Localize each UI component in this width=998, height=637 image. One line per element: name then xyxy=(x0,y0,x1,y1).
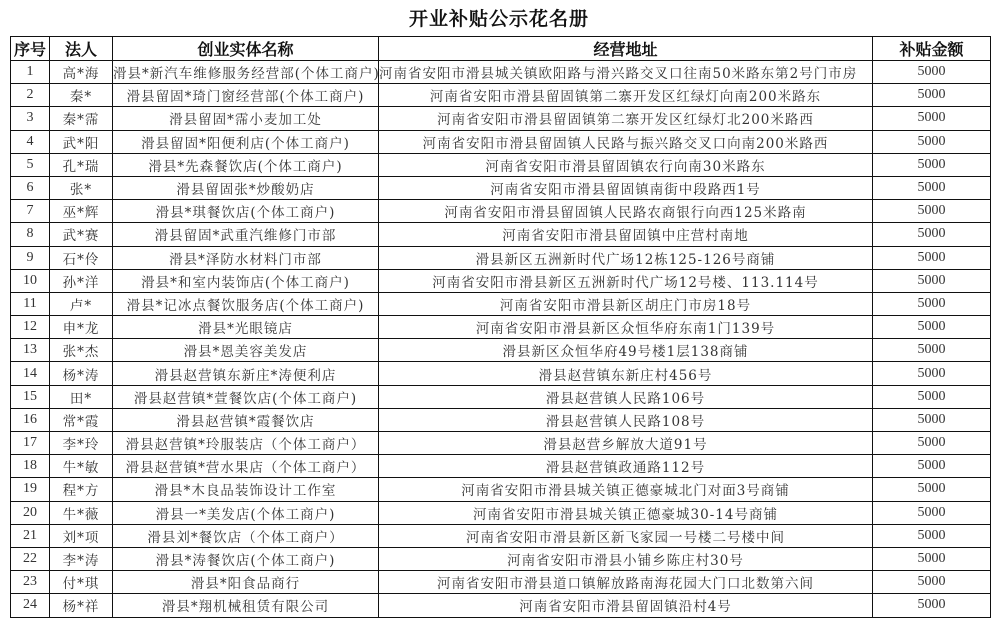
cell-index: 13 xyxy=(11,339,50,362)
table-row: 17李*玲滑县赵营镇*玲服装店（个体工商户）滑县赵营乡解放大道91号5000 xyxy=(11,432,991,455)
header-legal-person: 法人 xyxy=(50,37,113,61)
cell-legal-person: 石*伶 xyxy=(50,246,113,269)
cell-legal-person: 牛*薇 xyxy=(50,501,113,524)
cell-index: 16 xyxy=(11,408,50,431)
cell-address: 河南省安阳市滑县留固镇中庄营村南地 xyxy=(379,223,873,246)
cell-entity-name: 滑县*记冰点餐饮服务店(个体工商户) xyxy=(113,292,379,315)
cell-index: 18 xyxy=(11,455,50,478)
cell-address: 河南省安阳市滑县道口镇解放路南海花园大门口北数第六间 xyxy=(379,571,873,594)
cell-amount: 5000 xyxy=(873,455,991,478)
cell-legal-person: 杨*祥 xyxy=(50,594,113,617)
cell-index: 3 xyxy=(11,107,50,130)
cell-legal-person: 申*龙 xyxy=(50,316,113,339)
table-row: 8武*赛滑县留固*武重汽维修门市部河南省安阳市滑县留固镇中庄营村南地5000 xyxy=(11,223,991,246)
cell-amount: 5000 xyxy=(873,61,991,84)
cell-entity-name: 滑县*新汽车维修服务经营部(个体工商户) xyxy=(113,61,379,84)
cell-index: 4 xyxy=(11,130,50,153)
cell-entity-name: 滑县*先森餐饮店(个体工商户) xyxy=(113,153,379,176)
cell-entity-name: 滑县留固*琦门窗经营部(个体工商户) xyxy=(113,84,379,107)
cell-amount: 5000 xyxy=(873,524,991,547)
cell-address: 河南省安阳市滑县留固镇人民路与振兴路交叉口向南200米路西 xyxy=(379,130,873,153)
cell-legal-person: 巫*辉 xyxy=(50,200,113,223)
cell-legal-person: 孔*瑞 xyxy=(50,153,113,176)
table-row: 22李*涛滑县*涛餐饮店(个体工商户)河南省安阳市滑县小铺乡陈庄村30号5000 xyxy=(11,547,991,570)
cell-amount: 5000 xyxy=(873,107,991,130)
cell-amount: 5000 xyxy=(873,362,991,385)
cell-index: 6 xyxy=(11,176,50,199)
cell-amount: 5000 xyxy=(873,501,991,524)
table-row: 5孔*瑞滑县*先森餐饮店(个体工商户)河南省安阳市滑县留固镇农行向南30米路东5… xyxy=(11,153,991,176)
cell-entity-name: 滑县*木良品装饰设计工作室 xyxy=(113,478,379,501)
cell-legal-person: 张* xyxy=(50,176,113,199)
table-row: 3秦*霈滑县留固*霈小麦加工处河南省安阳市滑县留固镇第二寨开发区红绿灯北200米… xyxy=(11,107,991,130)
cell-address: 河南省安阳市滑县新区五洲新时代广场12号楼、113.114号 xyxy=(379,269,873,292)
table-row: 14杨*涛滑县赵营镇东新庄*涛便利店滑县赵营镇东新庄村456号5000 xyxy=(11,362,991,385)
table-body: 1高*海滑县*新汽车维修服务经营部(个体工商户)河南省安阳市滑县城关镇欧阳路与滑… xyxy=(11,61,991,618)
table-row: 1高*海滑县*新汽车维修服务经营部(个体工商户)河南省安阳市滑县城关镇欧阳路与滑… xyxy=(11,61,991,84)
header-index: 序号 xyxy=(11,37,50,61)
cell-amount: 5000 xyxy=(873,432,991,455)
cell-address: 河南省安阳市滑县城关镇正德豪城30-14号商铺 xyxy=(379,501,873,524)
cell-amount: 5000 xyxy=(873,339,991,362)
cell-index: 19 xyxy=(11,478,50,501)
cell-entity-name: 滑县留固*武重汽维修门市部 xyxy=(113,223,379,246)
table-row: 21刘*项滑县刘*餐饮店（个体工商户）河南省安阳市滑县新区新飞家园一号楼二号楼中… xyxy=(11,524,991,547)
table-row: 23付*琪滑县*阳食品商行河南省安阳市滑县道口镇解放路南海花园大门口北数第六间5… xyxy=(11,571,991,594)
header-entity-name: 创业实体名称 xyxy=(113,37,379,61)
table-row: 9石*伶滑县*泽防水材料门市部滑县新区五洲新时代广场12栋125-126号商铺5… xyxy=(11,246,991,269)
cell-address: 滑县赵营乡解放大道91号 xyxy=(379,432,873,455)
cell-amount: 5000 xyxy=(873,269,991,292)
cell-address: 河南省安阳市滑县新区众恒华府东南1门139号 xyxy=(379,316,873,339)
cell-address: 滑县赵营镇政通路112号 xyxy=(379,455,873,478)
table-row: 18牛*敏滑县赵营镇*营水果店（个体工商户）滑县赵营镇政通路112号5000 xyxy=(11,455,991,478)
cell-legal-person: 卢* xyxy=(50,292,113,315)
cell-amount: 5000 xyxy=(873,84,991,107)
cell-entity-name: 滑县留固*霈小麦加工处 xyxy=(113,107,379,130)
cell-amount: 5000 xyxy=(873,153,991,176)
cell-index: 5 xyxy=(11,153,50,176)
cell-index: 2 xyxy=(11,84,50,107)
table-row: 11卢*滑县*记冰点餐饮服务店(个体工商户)河南省安阳市滑县新区胡庄门市房18号… xyxy=(11,292,991,315)
cell-entity-name: 滑县赵营镇*玲服装店（个体工商户） xyxy=(113,432,379,455)
table-row: 12申*龙滑县*光眼镜店河南省安阳市滑县新区众恒华府东南1门139号5000 xyxy=(11,316,991,339)
cell-address: 河南省安阳市滑县留固镇第二寨开发区红绿灯北200米路西 xyxy=(379,107,873,130)
cell-entity-name: 滑县留固张*炒酸奶店 xyxy=(113,176,379,199)
cell-legal-person: 付*琪 xyxy=(50,571,113,594)
cell-legal-person: 秦*霈 xyxy=(50,107,113,130)
cell-amount: 5000 xyxy=(873,176,991,199)
cell-address: 河南省安阳市滑县城关镇正德豪城北门对面3号商铺 xyxy=(379,478,873,501)
cell-address: 河南省安阳市滑县新区胡庄门市房18号 xyxy=(379,292,873,315)
cell-address: 河南省安阳市滑县新区新飞家园一号楼二号楼中间 xyxy=(379,524,873,547)
cell-index: 10 xyxy=(11,269,50,292)
table-row: 10孙*洋滑县*和室内装饰店(个体工商户)河南省安阳市滑县新区五洲新时代广场12… xyxy=(11,269,991,292)
cell-legal-person: 常*霞 xyxy=(50,408,113,431)
cell-address: 滑县赵营镇人民路106号 xyxy=(379,385,873,408)
cell-entity-name: 滑县赵营镇*营水果店（个体工商户） xyxy=(113,455,379,478)
cell-entity-name: 滑县赵营镇东新庄*涛便利店 xyxy=(113,362,379,385)
cell-amount: 5000 xyxy=(873,292,991,315)
cell-index: 7 xyxy=(11,200,50,223)
cell-entity-name: 滑县*泽防水材料门市部 xyxy=(113,246,379,269)
cell-amount: 5000 xyxy=(873,316,991,339)
cell-index: 1 xyxy=(11,61,50,84)
cell-entity-name: 滑县*琪餐饮店(个体工商户) xyxy=(113,200,379,223)
table-row: 24杨*祥滑县*翔机械租赁有限公司河南省安阳市滑县留固镇沿村4号5000 xyxy=(11,594,991,617)
cell-index: 23 xyxy=(11,571,50,594)
cell-index: 12 xyxy=(11,316,50,339)
table-header-row: 序号 法人 创业实体名称 经营地址 补贴金额 xyxy=(11,37,991,61)
table-row: 15田*滑县赵营镇*萱餐饮店(个体工商户)滑县赵营镇人民路106号5000 xyxy=(11,385,991,408)
cell-entity-name: 滑县刘*餐饮店（个体工商户） xyxy=(113,524,379,547)
cell-legal-person: 秦* xyxy=(50,84,113,107)
cell-legal-person: 张*杰 xyxy=(50,339,113,362)
cell-amount: 5000 xyxy=(873,200,991,223)
table-row: 13张*杰滑县*恩美容美发店滑县新区众恒华府49号楼1层138商铺5000 xyxy=(11,339,991,362)
cell-entity-name: 滑县一*美发店(个体工商户) xyxy=(113,501,379,524)
cell-index: 15 xyxy=(11,385,50,408)
cell-legal-person: 牛*敏 xyxy=(50,455,113,478)
cell-index: 17 xyxy=(11,432,50,455)
cell-entity-name: 滑县赵营镇*霞餐饮店 xyxy=(113,408,379,431)
cell-entity-name: 滑县*恩美容美发店 xyxy=(113,339,379,362)
cell-address: 滑县新区五洲新时代广场12栋125-126号商铺 xyxy=(379,246,873,269)
cell-entity-name: 滑县*和室内装饰店(个体工商户) xyxy=(113,269,379,292)
cell-index: 24 xyxy=(11,594,50,617)
cell-address: 河南省安阳市滑县留固镇南街中段路西1号 xyxy=(379,176,873,199)
cell-legal-person: 刘*项 xyxy=(50,524,113,547)
cell-index: 9 xyxy=(11,246,50,269)
cell-address: 河南省安阳市滑县小铺乡陈庄村30号 xyxy=(379,547,873,570)
cell-amount: 5000 xyxy=(873,246,991,269)
cell-legal-person: 高*海 xyxy=(50,61,113,84)
cell-address: 河南省安阳市滑县留固镇第二寨开发区红绿灯向南200米路东 xyxy=(379,84,873,107)
table-row: 20牛*薇滑县一*美发店(个体工商户)河南省安阳市滑县城关镇正德豪城30-14号… xyxy=(11,501,991,524)
cell-amount: 5000 xyxy=(873,130,991,153)
cell-legal-person: 杨*涛 xyxy=(50,362,113,385)
cell-address: 滑县赵营镇东新庄村456号 xyxy=(379,362,873,385)
cell-amount: 5000 xyxy=(873,478,991,501)
cell-entity-name: 滑县*翔机械租赁有限公司 xyxy=(113,594,379,617)
cell-index: 8 xyxy=(11,223,50,246)
cell-entity-name: 滑县*涛餐饮店(个体工商户) xyxy=(113,547,379,570)
cell-address: 河南省安阳市滑县留固镇人民路农商银行向西125米路南 xyxy=(379,200,873,223)
cell-legal-person: 武*赛 xyxy=(50,223,113,246)
cell-legal-person: 孙*洋 xyxy=(50,269,113,292)
cell-legal-person: 李*涛 xyxy=(50,547,113,570)
table-row: 4武*阳滑县留固*阳便利店(个体工商户)河南省安阳市滑县留固镇人民路与振兴路交叉… xyxy=(11,130,991,153)
cell-index: 21 xyxy=(11,524,50,547)
table-row: 6张*滑县留固张*炒酸奶店河南省安阳市滑县留固镇南街中段路西1号5000 xyxy=(11,176,991,199)
cell-entity-name: 滑县*光眼镜店 xyxy=(113,316,379,339)
cell-amount: 5000 xyxy=(873,594,991,617)
cell-amount: 5000 xyxy=(873,223,991,246)
cell-address: 河南省安阳市滑县留固镇沿村4号 xyxy=(379,594,873,617)
cell-index: 11 xyxy=(11,292,50,315)
cell-legal-person: 武*阳 xyxy=(50,130,113,153)
cell-legal-person: 李*玲 xyxy=(50,432,113,455)
cell-index: 20 xyxy=(11,501,50,524)
cell-address: 滑县赵营镇人民路108号 xyxy=(379,408,873,431)
cell-entity-name: 滑县赵营镇*萱餐饮店(个体工商户) xyxy=(113,385,379,408)
cell-index: 14 xyxy=(11,362,50,385)
table-row: 16常*霞滑县赵营镇*霞餐饮店滑县赵营镇人民路108号5000 xyxy=(11,408,991,431)
header-amount: 补贴金额 xyxy=(873,37,991,61)
cell-amount: 5000 xyxy=(873,385,991,408)
cell-entity-name: 滑县留固*阳便利店(个体工商户) xyxy=(113,130,379,153)
cell-index: 22 xyxy=(11,547,50,570)
cell-address: 河南省安阳市滑县城关镇欧阳路与滑兴路交叉口往南50米路东第2号门市房 xyxy=(379,61,873,84)
cell-amount: 5000 xyxy=(873,547,991,570)
cell-legal-person: 程*方 xyxy=(50,478,113,501)
cell-legal-person: 田* xyxy=(50,385,113,408)
cell-address: 河南省安阳市滑县留固镇农行向南30米路东 xyxy=(379,153,873,176)
cell-amount: 5000 xyxy=(873,408,991,431)
table-row: 2秦*滑县留固*琦门窗经营部(个体工商户)河南省安阳市滑县留固镇第二寨开发区红绿… xyxy=(11,84,991,107)
subsidy-table: 序号 法人 创业实体名称 经营地址 补贴金额 1高*海滑县*新汽车维修服务经营部… xyxy=(10,36,991,618)
cell-amount: 5000 xyxy=(873,571,991,594)
cell-address: 滑县新区众恒华府49号楼1层138商铺 xyxy=(379,339,873,362)
table-row: 7巫*辉滑县*琪餐饮店(个体工商户)河南省安阳市滑县留固镇人民路农商银行向西12… xyxy=(11,200,991,223)
header-address: 经营地址 xyxy=(379,37,873,61)
page-title: 开业补贴公示花名册 xyxy=(0,4,998,31)
cell-entity-name: 滑县*阳食品商行 xyxy=(113,571,379,594)
table-row: 19程*方滑县*木良品装饰设计工作室河南省安阳市滑县城关镇正德豪城北门对面3号商… xyxy=(11,478,991,501)
